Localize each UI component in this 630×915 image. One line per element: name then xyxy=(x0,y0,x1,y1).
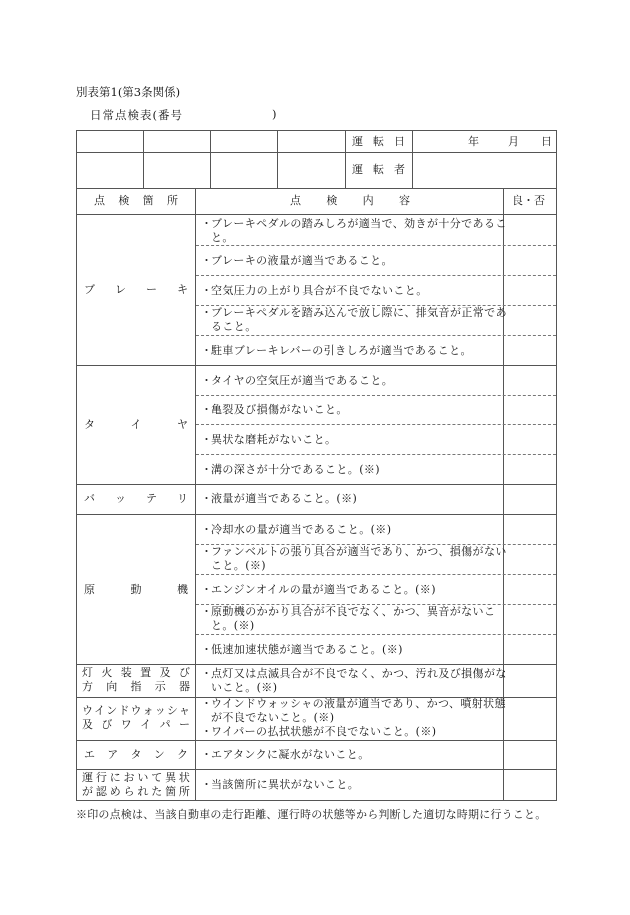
header-char: 箇 xyxy=(143,194,154,208)
location-char: が xyxy=(82,785,93,799)
item-divider xyxy=(196,275,556,276)
bullet: ・ xyxy=(201,463,211,477)
location-line: 灯 火 装 置 及 び xyxy=(82,666,190,680)
item-divider xyxy=(196,424,556,425)
item-text: 当該箇所に異状がないこと。 xyxy=(211,778,359,791)
location-char: エ xyxy=(84,748,95,762)
result-cell[interactable] xyxy=(504,336,556,365)
bullet: ・ xyxy=(201,306,211,320)
bullet: ・ xyxy=(201,725,211,739)
form-number-field[interactable]: ) xyxy=(272,107,278,121)
check-item: ・ブレーキペダルの踏みしろが適当で、効きが十分であること。 xyxy=(201,217,511,245)
item-text: エンジンオイルの量が適当であること。(※) xyxy=(211,583,436,596)
section-divider xyxy=(76,769,557,770)
location-char: に xyxy=(110,771,121,785)
blank-cell-r2c1[interactable] xyxy=(77,153,143,188)
result-cell[interactable] xyxy=(504,741,556,769)
location-char: 灯 xyxy=(82,666,93,680)
bullet: ・ xyxy=(201,643,211,657)
check-item: ・ファンベルトの張り具合が適当であり、かつ、損傷がないこと。(※) xyxy=(201,545,511,573)
location-char: 動 xyxy=(131,583,142,597)
result-cell[interactable] xyxy=(504,246,556,275)
location-char: 及 xyxy=(82,718,93,732)
item-text: ウインドウォッシャの液量が適当であり、かつ、噴射 xyxy=(211,697,483,710)
location-char: 方 xyxy=(82,680,93,694)
bullet: ・ xyxy=(201,374,211,388)
month-label: 月 xyxy=(508,135,519,149)
check-item: ・エンジンオイルの量が適当であること。(※) xyxy=(201,583,511,597)
check-item: ・点灯又は点滅具合が不良でなく、かつ、汚れ及び損傷がないこと。(※) xyxy=(201,667,511,695)
result-cell[interactable] xyxy=(504,366,556,395)
item-divider xyxy=(196,395,556,396)
item-text: ファンベルトの張り具合が適当であり、かつ、損傷が xyxy=(211,545,484,558)
item-text: 亀裂及び損傷がないこと。 xyxy=(211,403,348,416)
bullet: ・ xyxy=(201,667,211,681)
location-engine: 原 動 機 xyxy=(84,583,188,597)
item-text: 冷却水の量が適当であること。(※) xyxy=(211,523,391,536)
result-cell[interactable] xyxy=(504,515,556,544)
footnote: ※印の点検は、当該自動車の走行距離、運行時の状態等から判断した適切な時期に行うこ… xyxy=(76,806,546,822)
location-char: た xyxy=(151,785,162,799)
result-cell[interactable] xyxy=(504,770,556,800)
section-divider xyxy=(76,484,557,485)
check-item: ・ワイパーの払拭状態が不良でないこと。(※) xyxy=(201,725,511,739)
blank-cell-r2c2[interactable] xyxy=(144,153,210,188)
item-divider xyxy=(196,574,556,575)
location-char: 原 xyxy=(84,583,95,597)
location-char: 機 xyxy=(177,583,188,597)
location-char: ッ xyxy=(115,492,126,506)
location-line: が 認 め ら れ た 箇 所 xyxy=(82,785,190,799)
location-char: ブ xyxy=(84,283,95,297)
location-air-tank: エ ア タ ン ク xyxy=(84,748,188,762)
bullet: ・ xyxy=(201,697,211,711)
result-header: 良・否 xyxy=(512,194,545,208)
check-item: ・空気圧力の上がり具合が不良でないこと。 xyxy=(201,284,511,298)
table-border-left xyxy=(76,130,77,801)
table-border-bottom xyxy=(76,800,557,801)
bullet: ・ xyxy=(201,583,211,597)
location-char: シ xyxy=(167,704,178,718)
section-divider xyxy=(76,514,557,515)
label-char: 転 xyxy=(373,163,384,177)
header-char: 点 xyxy=(94,194,105,208)
check-item: ・異状な磨耗がないこと。 xyxy=(201,433,511,447)
check-item: ・ブレーキの液量が適当であること。 xyxy=(201,254,511,268)
location-brake: ブ レ ー キ xyxy=(84,283,188,297)
bullet: ・ xyxy=(201,433,211,447)
form-title: 日常点検表(番号 ) xyxy=(90,107,183,123)
table-border-right xyxy=(556,130,557,801)
result-cell[interactable] xyxy=(504,485,556,514)
form-title-label: 日常点検表(番号 xyxy=(90,108,183,122)
check-item: ・ウインドウォッシャの液量が適当であり、かつ、噴射状態が不良でないこと。(※) xyxy=(201,697,511,725)
bullet: ・ xyxy=(201,403,211,417)
item-divider xyxy=(196,335,556,336)
day-label: 日 xyxy=(541,135,552,149)
item-text: 点灯又は点滅具合が不良でなく、かつ、汚れ及び損傷 xyxy=(211,667,484,680)
blank-cell-r1c2[interactable] xyxy=(144,131,210,152)
item-text: 原動機のかかり具合が不良でなく、かつ、異音がない xyxy=(211,605,484,618)
location-char: イ xyxy=(94,704,105,718)
location-char: 箇 xyxy=(165,785,176,799)
section-divider xyxy=(76,740,557,741)
location-char: イ xyxy=(140,718,151,732)
location-tire: タ イ ヤ xyxy=(84,418,188,432)
content-header: 点 検 内 容 xyxy=(290,194,410,208)
bullet: ・ xyxy=(201,748,211,762)
label-char: 運 xyxy=(352,163,363,177)
location-char: パ xyxy=(160,718,171,732)
location-char: い xyxy=(137,771,148,785)
bullet: ・ xyxy=(201,344,211,358)
driver-field[interactable] xyxy=(413,153,556,188)
location-char: ア xyxy=(107,748,118,762)
location-char: ン xyxy=(106,704,117,718)
item-text: 空気圧力の上がり具合が不良でないこと。 xyxy=(211,284,428,297)
location-line: 運 行 に お い て 異 状 xyxy=(82,771,190,785)
check-item: ・当該箇所に異状がないこと。 xyxy=(201,778,511,792)
location-char: ワ xyxy=(121,718,132,732)
bullet: ・ xyxy=(201,217,211,231)
location-line: 及 び ワ イ パ ー xyxy=(82,718,190,732)
blank-cell-r1c1[interactable] xyxy=(77,131,143,152)
location-char: バ xyxy=(84,492,95,506)
bullet: ・ xyxy=(201,492,211,506)
location-char: 置 xyxy=(140,666,151,680)
driving-date-field[interactable]: 年 月 日 xyxy=(413,131,556,152)
header-char: 容 xyxy=(399,194,410,208)
header-grid-bottom xyxy=(76,188,557,189)
result-cell[interactable] xyxy=(504,545,556,574)
location-char: 異 xyxy=(165,771,176,785)
location-char: キ xyxy=(177,283,188,297)
item-divider xyxy=(196,634,556,635)
location-char: び xyxy=(179,666,190,680)
location-char: び xyxy=(101,718,112,732)
result-cell[interactable] xyxy=(504,276,556,305)
result-cell[interactable] xyxy=(504,396,556,424)
check-item: ・溝の深さが十分であること。(※) xyxy=(201,463,511,477)
header-char: 検 xyxy=(326,194,337,208)
document-heading: 別表第1(第3条関係) xyxy=(76,84,180,100)
location-char: ン xyxy=(154,748,165,762)
location-washer-wiper: ウ イ ン ド ウ ォ ッ シ ャ 及 び ワ イ パ ー xyxy=(82,704,190,732)
bullet: ・ xyxy=(201,605,211,619)
item-text: 低速加速状態が適当であること。(※) xyxy=(211,643,403,656)
location-char: 指 xyxy=(131,680,142,694)
blank-cell-r1c3[interactable] xyxy=(211,131,277,152)
location-char: タ xyxy=(131,748,142,762)
item-text: 異状な磨耗がないこと。 xyxy=(211,433,336,446)
driver-label: 運 転 者 xyxy=(352,163,405,177)
item-text: 駐車ブレーキレバーの引きしろが適当であること。 xyxy=(211,344,472,357)
label-char: 運 xyxy=(352,135,363,149)
check-item: ・低速加速状態が適当であること。(※) xyxy=(201,643,511,657)
location-char: ャ xyxy=(179,704,190,718)
header-char: 所 xyxy=(167,194,178,208)
header-char: 検 xyxy=(118,194,129,208)
result-cell[interactable] xyxy=(504,698,556,740)
location-char: タ xyxy=(84,418,95,432)
check-item: ・タイヤの空気圧が適当であること。 xyxy=(201,374,511,388)
location-char: て xyxy=(151,771,162,785)
location-char: ー xyxy=(179,718,190,732)
location-battery: バ ッ テ リ xyxy=(84,492,188,506)
blank-cell-r2c3[interactable] xyxy=(211,153,277,188)
column-header-bottom xyxy=(76,214,557,215)
blank-cell-r1c4[interactable] xyxy=(278,131,345,152)
section-divider xyxy=(76,664,557,665)
result-cell[interactable] xyxy=(504,215,556,245)
item-text: ブレーキの液量が適当であること。 xyxy=(211,254,393,267)
result-cell[interactable] xyxy=(504,605,556,634)
item-divider xyxy=(196,454,556,455)
location-char: ウ xyxy=(82,704,93,718)
bullet: ・ xyxy=(201,254,211,268)
location-char: め xyxy=(110,785,121,799)
location-line: ウ イ ン ド ウ ォ ッ シ ャ xyxy=(82,704,190,718)
location-char: ォ xyxy=(143,704,154,718)
location-char: 装 xyxy=(121,666,132,680)
location-char: イ xyxy=(131,418,142,432)
label-char: 転 xyxy=(373,135,384,149)
location-char: れ xyxy=(137,785,148,799)
location-char: ヤ xyxy=(177,418,188,432)
location-char: 及 xyxy=(160,666,171,680)
check-item: ・エアタンクに凝水がないこと。 xyxy=(201,748,511,762)
item-text: 液量が適当であること。(※) xyxy=(211,492,357,505)
item-text: タイヤの空気圧が適当であること。 xyxy=(211,374,393,387)
result-cell[interactable] xyxy=(504,575,556,604)
item-divider xyxy=(196,245,556,246)
bullet: ・ xyxy=(201,284,211,298)
location-char: 示 xyxy=(155,680,166,694)
location-char: 器 xyxy=(179,680,190,694)
location-line: 方 向 指 示 器 xyxy=(82,680,190,694)
location-char: ク xyxy=(177,748,188,762)
check-item: ・駐車ブレーキレバーの引きしろが適当であること。 xyxy=(201,344,511,358)
location-column-divider xyxy=(195,188,196,800)
check-item: ・ブレーキペダルを踏み込んで放し際に、排気音が正常であること。 xyxy=(201,306,511,334)
result-cell[interactable] xyxy=(504,455,556,484)
location-char: 行 xyxy=(96,771,107,785)
check-item: ・液量が適当であること。(※) xyxy=(201,492,511,506)
location-char: お xyxy=(124,771,135,785)
header-char: 点 xyxy=(290,194,301,208)
location-char: レ xyxy=(115,283,126,297)
location-char: ッ xyxy=(155,704,166,718)
item-text: ブレーキペダルの踏みしろが適当で、効きが十分であ xyxy=(211,217,484,230)
result-cell[interactable] xyxy=(504,306,556,335)
header-char: 内 xyxy=(363,194,374,208)
bullet: ・ xyxy=(201,523,211,537)
location-char: ー xyxy=(146,283,157,297)
location-char: ウ xyxy=(131,704,142,718)
label-char: 者 xyxy=(394,163,405,177)
location-char: 所 xyxy=(179,785,190,799)
check-item: ・冷却水の量が適当であること。(※) xyxy=(201,523,511,537)
year-label: 年 xyxy=(468,135,479,149)
item-text: ワイパーの払拭状態が不良でないこと。(※) xyxy=(211,725,436,738)
location-char: ら xyxy=(124,785,135,799)
check-item: ・亀裂及び損傷がないこと。 xyxy=(201,403,511,417)
section-divider xyxy=(76,365,557,366)
location-char: 運 xyxy=(82,771,93,785)
label-char: 日 xyxy=(394,135,405,149)
location-header: 点 検 箇 所 xyxy=(94,194,178,208)
location-char: 火 xyxy=(101,666,112,680)
location-char: リ xyxy=(177,492,188,506)
location-char: 認 xyxy=(96,785,107,799)
location-char: 状 xyxy=(179,771,190,785)
bullet: ・ xyxy=(201,545,211,559)
grid-divider xyxy=(345,130,346,188)
location-char: 向 xyxy=(106,680,117,694)
driving-date-label: 運 転 日 xyxy=(352,135,405,149)
result-cell[interactable] xyxy=(504,665,556,697)
check-item: ・原動機のかかり具合が不良でなく、かつ、異音がないこと。(※) xyxy=(201,605,511,633)
location-char: ド xyxy=(118,704,129,718)
location-char: テ xyxy=(146,492,157,506)
result-cell[interactable] xyxy=(504,635,556,664)
bullet: ・ xyxy=(201,778,211,792)
blank-cell-r2c4[interactable] xyxy=(278,153,345,188)
location-abnormal: 運 行 に お い て 異 状 が 認 め ら れ た 箇 所 xyxy=(82,771,190,799)
location-lamps: 灯 火 装 置 及 び 方 向 指 示 器 xyxy=(82,666,190,694)
item-text: 溝の深さが十分であること。(※) xyxy=(211,463,380,476)
item-text: ブレーキペダルを踏み込んで放し際に、排気音が正常 xyxy=(211,306,484,319)
result-cell[interactable] xyxy=(504,425,556,454)
item-text: エアタンクに凝水がないこと。 xyxy=(211,748,370,761)
